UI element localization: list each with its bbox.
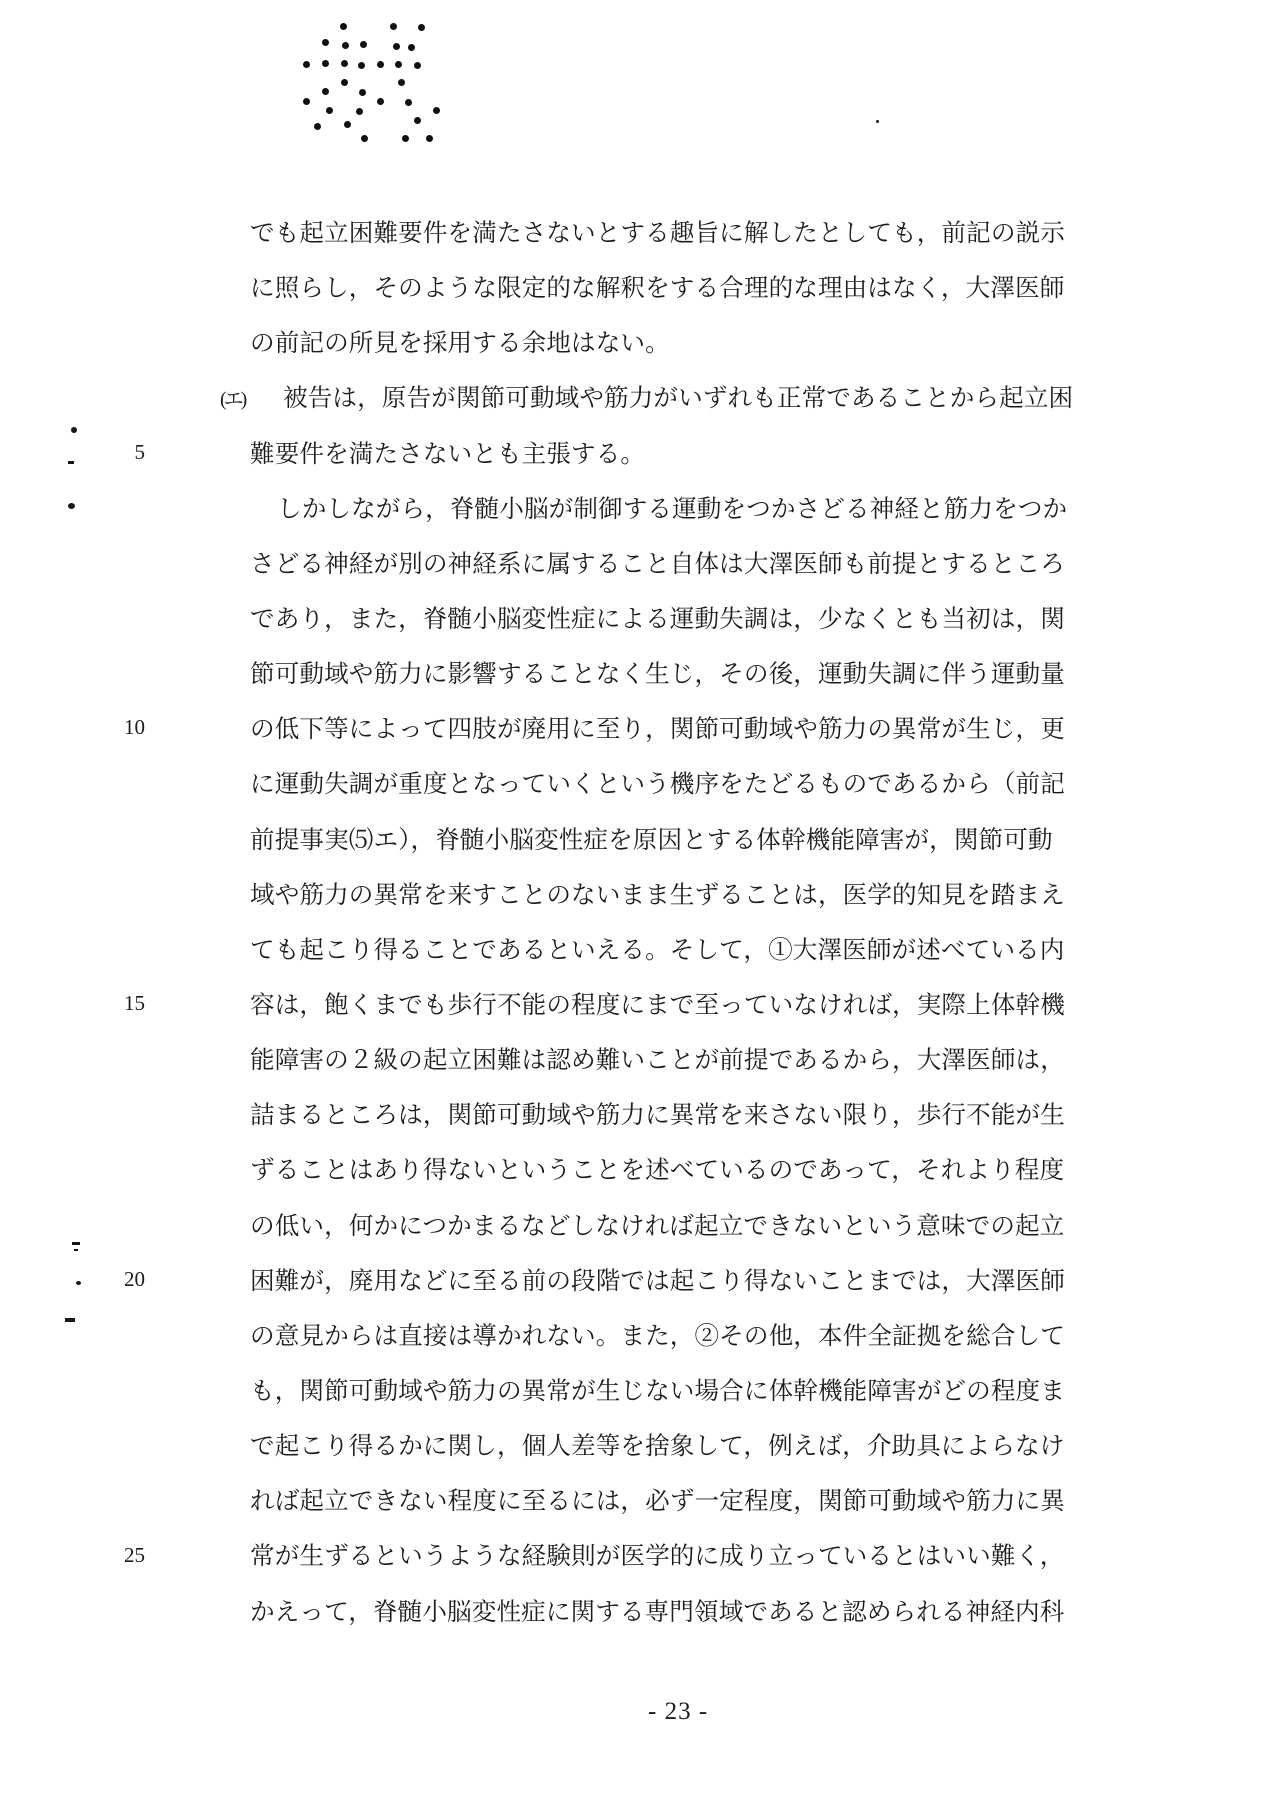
stamp-dot <box>361 135 368 142</box>
text-line-content: の低下等によって四肢が廃用に至り，関節可動域や筋力の異常が生じ，更 <box>250 710 1065 745</box>
text-line: の前記の所見を採用する余地はない。 <box>250 314 1080 369</box>
stamp-dot <box>341 60 348 67</box>
text-line: 容は，飽くまでも歩行不能の程度にまで至っていなければ，実際上体幹機 <box>250 976 1080 1031</box>
text-line-content: 被告は，原告が関節可動域や筋力がいずれも正常であることから起立困 <box>283 379 1073 414</box>
scan-speck <box>72 1242 80 1245</box>
stamp-dot <box>402 135 409 142</box>
text-line-content: 能障害の２級の起立困難は認め難いことが前提であるから，大澤医師は， <box>250 1041 1065 1076</box>
stamp-dot <box>344 121 351 128</box>
text-line: の低下等によって四肢が廃用に至り，関節可動域や筋力の異常が生じ，更 <box>250 700 1080 755</box>
text-line-content: でも起立困難要件を満たさないとする趣旨に解したとしても，前記の説示 <box>250 214 1065 249</box>
stamp-dot <box>390 23 397 30</box>
text-line: に運動失調が重度となっていくという機序をたどるものであるから（前記 <box>250 755 1080 810</box>
text-line-content: 容は，飽くまでも歩行不能の程度にまで至っていなければ，実際上体幹機 <box>250 986 1065 1021</box>
stamp-dot <box>340 23 347 30</box>
stamp-dot <box>414 117 421 124</box>
stamp-dot <box>393 43 400 50</box>
text-line-content: に照らし，そのような限定的な解釈をする合理的な理由はなく，大澤医師 <box>250 269 1064 304</box>
text-line: 節可動域や筋力に影響することなく生じ，その後，運動失調に伴う運動量 <box>250 645 1080 700</box>
stamp-dot <box>341 79 348 86</box>
text-line: れば起立できない程度に至るには，必ず一定程度，関節可動域や筋力に異 <box>250 1472 1080 1527</box>
text-line-content: の意見からは直接は導かれない。また，②その他，本件全証拠を総合して <box>250 1317 1065 1352</box>
text-line: 域や筋力の異常を来すことのないまま生ずることは，医学的知見を踏まえ <box>250 866 1080 921</box>
item-marker: (エ) <box>220 382 244 411</box>
text-line-content: しかしながら，脊髄小脳が制御する運動をつかさどる神経と筋力をつか <box>277 490 1067 525</box>
text-line: ても起こり得ることであるといえる。そして，①大澤医師が述べている内 <box>250 921 1080 976</box>
stamp-dot <box>418 24 425 31</box>
text-line: も，関節可動域や筋力の異常が生じない場合に体幹機能障害がどの程度ま <box>250 1362 1080 1417</box>
stamp-dot <box>314 123 321 130</box>
text-line-content: れば起立できない程度に至るには，必ず一定程度，関節可動域や筋力に異 <box>250 1482 1065 1517</box>
document-page: 510152025 でも起立困難要件を満たさないとする趣旨に解したとしても，前記… <box>0 0 1280 1801</box>
text-line-content: であり，また，脊髄小脳変性症による運動失調は，少なくとも当初は，関 <box>250 600 1065 635</box>
page-number: - 23 - <box>648 1698 708 1726</box>
scan-speck <box>74 1249 78 1251</box>
stamp-dot <box>408 44 415 51</box>
text-line-content: 域や筋力の異常を来すことのないまま生ずることは，医学的知見を踏まえ <box>250 876 1065 911</box>
text-line-content: さどる神経が別の神経系に属すること自体は大澤医師も前提とするところ <box>250 545 1065 580</box>
stamp-dot <box>326 107 333 114</box>
text-line: 困難が，廃用などに至る前の段階では起こり得ないことまでは，大澤医師 <box>250 1252 1080 1307</box>
text-line: でも起立困難要件を満たさないとする趣旨に解したとしても，前記の説示 <box>250 204 1080 259</box>
stamp-dot <box>322 39 329 46</box>
text-line: さどる神経が別の神経系に属すること自体は大澤医師も前提とするところ <box>250 535 1080 590</box>
text-line: 能障害の２級の起立困難は認め難いことが前提であるから，大澤医師は， <box>250 1031 1080 1086</box>
text-line: (エ)被告は，原告が関節可動域や筋力がいずれも正常であることから起立困 <box>250 369 1080 424</box>
stamp-dot <box>358 62 365 69</box>
stamp-dot <box>433 107 440 114</box>
stamp-dot <box>398 79 405 86</box>
text-line: の意見からは直接は導かれない。また，②その他，本件全証拠を総合して <box>250 1307 1080 1362</box>
text-line-content: かえって，脊髄小脳変性症に関する専門領域であると認められる神経内科 <box>250 1593 1064 1628</box>
text-line-content: 前提事実⑸エ），脊髄小脳変性症を原因とする体幹機能障害が，関節可動 <box>250 821 1053 856</box>
stamp-dot <box>405 99 412 106</box>
text-line-content: の低い，何かにつかまるなどしなければ起立できないという意味での起立 <box>250 1207 1064 1242</box>
text-line: に照らし，そのような限定的な解釈をする合理的な理由はなく，大澤医師 <box>250 259 1080 314</box>
text-line-content: 困難が，廃用などに至る前の段階では起こり得ないことまでは，大澤医師 <box>250 1262 1065 1297</box>
scan-speck <box>876 120 879 123</box>
text-line-content: 節可動域や筋力に影響することなく生じ，その後，運動失調に伴う運動量 <box>250 655 1065 690</box>
scan-speck <box>65 1318 75 1322</box>
text-line-content: に運動失調が重度となっていくという機序をたどるものであるから（前記 <box>250 765 1065 800</box>
stamp-dot <box>356 108 363 115</box>
stamp-dot <box>377 98 384 105</box>
stamp-dot <box>377 61 384 68</box>
text-line-content: も，関節可動域や筋力の異常が生じない場合に体幹機能障害がどの程度ま <box>250 1372 1065 1407</box>
text-line: で起こり得るかに関し，個人差等を捨象して，例えば，介助具によらなけ <box>250 1417 1080 1472</box>
text-line: しかしながら，脊髄小脳が制御する運動をつかさどる神経と筋力をつか <box>250 480 1080 535</box>
text-line-content: の前記の所見を採用する余地はない。 <box>250 324 670 359</box>
text-line-content: で起こり得るかに関し，個人差等を捨象して，例えば，介助具によらなけ <box>250 1427 1064 1462</box>
text-line: 難要件を満たさないとも主張する。 <box>250 425 1080 480</box>
text-line-content: 常が生ずるというような経験則が医学的に成り立っているとはいい難く， <box>250 1537 1064 1572</box>
stamp-dot <box>322 88 329 95</box>
stamp-dot <box>322 60 329 67</box>
margin-line-number: 5 <box>0 425 145 480</box>
margin-line-number: 25 <box>0 1528 145 1583</box>
stamp-dot <box>303 98 310 105</box>
text-line: であり，また，脊髄小脳変性症による運動失調は，少なくとも当初は，関 <box>250 590 1080 645</box>
margin-line-number: 10 <box>0 700 145 755</box>
scan-speck <box>68 503 75 509</box>
stamp-dot <box>414 62 421 69</box>
text-line-content: 難要件を満たさないとも主張する。 <box>250 435 645 470</box>
text-line: 常が生ずるというような経験則が医学的に成り立っているとはいい難く， <box>250 1527 1080 1582</box>
text-line-content: ても起こり得ることであるといえる。そして，①大澤医師が述べている内 <box>250 931 1064 966</box>
text-line: かえって，脊髄小脳変性症に関する専門領域であると認められる神経内科 <box>250 1583 1080 1638</box>
stamp-dot <box>303 61 310 68</box>
text-line: 前提事実⑸エ），脊髄小脳変性症を原因とする体幹機能障害が，関節可動 <box>250 811 1080 866</box>
text-line-content: 詰まるところは，関節可動域や筋力に異常を来さない限り，歩行不能が生 <box>250 1096 1065 1131</box>
stamp-dot <box>342 42 349 49</box>
text-line: の低い，何かにつかまるなどしなければ起立できないという意味での起立 <box>250 1197 1080 1252</box>
text-line: ずることはあり得ないということを述べているのであって，それより程度 <box>250 1141 1080 1196</box>
text-line-content: ずることはあり得ないということを述べているのであって，それより程度 <box>250 1151 1064 1186</box>
text-line: 詰まるところは，関節可動域や筋力に異常を来さない限り，歩行不能が生 <box>250 1086 1080 1141</box>
margin-line-number: 20 <box>0 1252 145 1307</box>
body-text: でも起立困難要件を満たさないとする趣旨に解したとしても，前記の説示に照らし，その… <box>250 204 1080 1638</box>
stamp-dot <box>360 41 367 48</box>
stamp-dot <box>395 61 402 68</box>
stamp-dot <box>426 135 433 142</box>
stamp-dot <box>359 89 366 96</box>
margin-line-number: 15 <box>0 976 145 1031</box>
